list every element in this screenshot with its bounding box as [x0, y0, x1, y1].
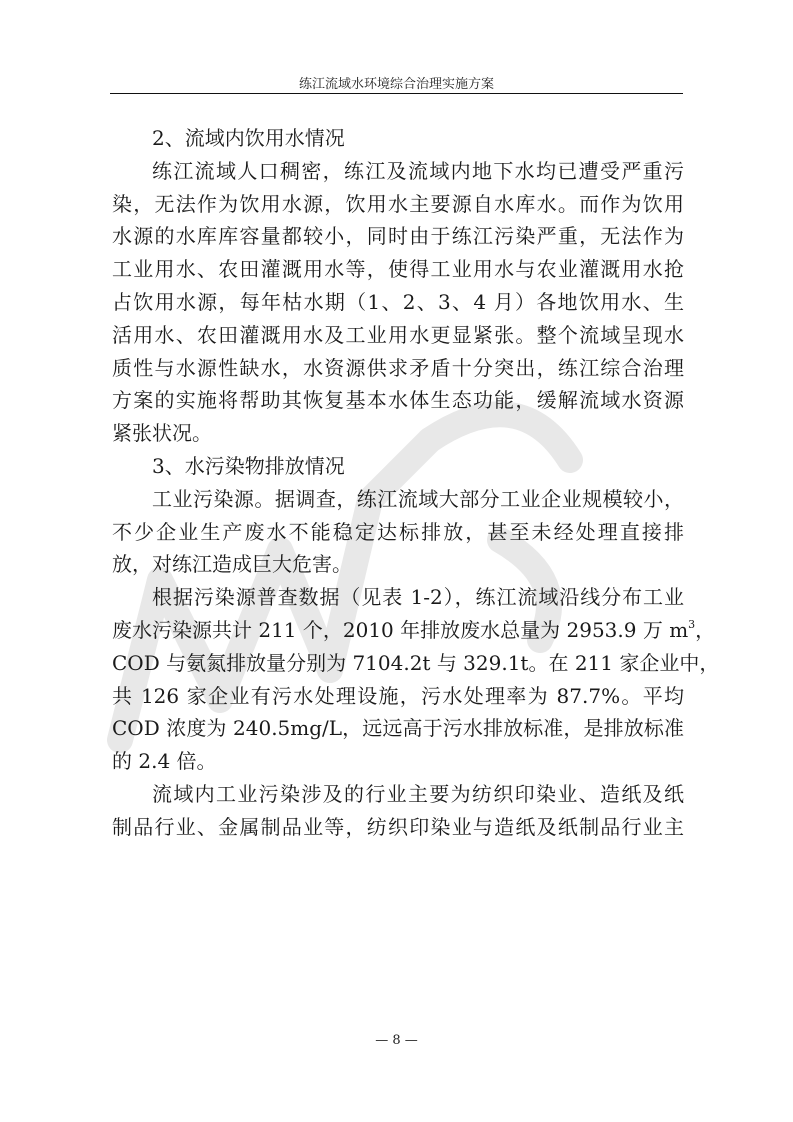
paragraph-line: 的 2.4 倍。 — [112, 745, 684, 778]
paragraph-line: 制品行业、金属制品业等，纺织印染业与造纸及纸制品行业主 — [112, 811, 684, 844]
paragraph-text: 废水污染源共计 211 个，2010 年排放废水总量为 2953.9 万 m — [112, 618, 688, 642]
paragraph-line: 占饮用水源，每年枯水期（1、2、3、4 月）各地饮用水、生 — [112, 286, 684, 319]
paragraph-line: 根据污染源普查数据（见表 1-2），练江流域沿线分布工业 — [112, 581, 684, 614]
paragraph-line: 方案的实施将帮助其恢复基本水体生态功能，缓解流域水资源 — [112, 384, 684, 417]
paragraph-line: 放，对练江造成巨大危害。 — [112, 548, 684, 581]
paragraph-line: 流域内工业污染涉及的行业主要为纺织印染业、造纸及纸 — [112, 778, 684, 811]
paragraph-line: 练江流域人口稠密，练江及流域内地下水均已遭受严重污 — [112, 155, 684, 188]
paragraph-line: 工业污染源。据调查，练江流域大部分工业企业规模较小， — [112, 483, 684, 516]
paragraph-line: 不少企业生产废水不能稳定达标排放，甚至未经处理直接排 — [112, 516, 684, 549]
header-divider — [110, 93, 683, 94]
paragraph-line: COD 与氨氮排放量分别为 7104.2t 与 329.1t。在 211 家企业… — [112, 647, 684, 680]
document-header-title: 练江流域水环境综合治理实施方案 — [0, 73, 793, 92]
paragraph-line: 工业用水、农田灌溉用水等，使得工业用水与农业灌溉用水抢 — [112, 253, 684, 286]
paragraph-line: 紧张状况。 — [112, 417, 684, 450]
paragraph-line: 染，无法作为饮用水源，饮用水主要源自水库水。而作为饮用 — [112, 188, 684, 221]
document-body: 2、流域内饮用水情况 练江流域人口稠密，练江及流域内地下水均已遭受严重污 染，无… — [112, 122, 684, 844]
page-number: — 8 — — [0, 1033, 793, 1048]
section-heading: 2、流域内饮用水情况 — [112, 122, 684, 155]
paragraph-line: COD 浓度为 240.5mg/L，远远高于污水排放标准，是排放标准 — [112, 712, 684, 745]
paragraph-line: 共 126 家企业有污水处理设施，污水处理率为 87.7%。平均 — [112, 680, 684, 713]
paragraph-line: 废水污染源共计 211 个，2010 年排放废水总量为 2953.9 万 m3， — [112, 614, 684, 647]
section-heading: 3、水污染物排放情况 — [112, 450, 684, 483]
paragraph-line: 水源的水库库容量都较小，同时由于练江污染严重，无法作为 — [112, 220, 684, 253]
paragraph-line: 活用水、农田灌溉用水及工业用水更显紧张。整个流域呈现水 — [112, 319, 684, 352]
paragraph-text: ， — [695, 618, 715, 642]
paragraph-line: 质性与水源性缺水，水资源供求矛盾十分突出，练江综合治理 — [112, 352, 684, 385]
